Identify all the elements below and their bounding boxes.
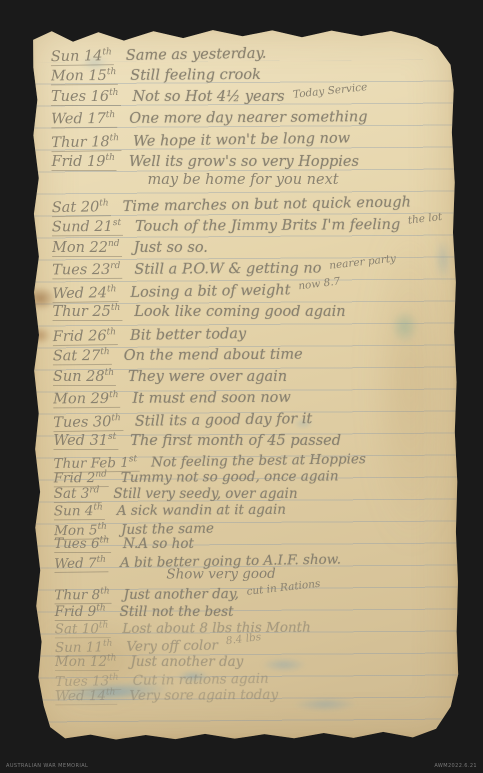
diary-entries: Sun 14thSame as yesterday.Mon 15thStill … <box>51 39 452 738</box>
entry-line: Thur 25thLook like coming good again <box>52 298 448 320</box>
entry-text: Touch of the Jimmy Brits I'm feeling <box>135 217 400 235</box>
entry-ordinal: th <box>107 67 116 77</box>
entry-margin-note: 8.4 lbs <box>225 629 262 650</box>
entry-ordinal: th <box>106 688 115 698</box>
archive-reference-number: AWM2022.6.21 <box>434 763 477 769</box>
entry-line: Wed 31stThe first month of 45 passed <box>53 427 449 449</box>
entry-date: Wed 31st <box>53 433 118 450</box>
entry-date: Mon 12th <box>55 654 119 671</box>
diary-entry: Sat 3rdStill very seedy, over again <box>54 482 450 499</box>
entry-ordinal: th <box>96 603 105 613</box>
entry-ordinal: th <box>99 620 108 630</box>
entry-ordinal: th <box>110 133 120 143</box>
entry-date: Thur 25th <box>52 304 122 321</box>
entry-ordinal: st <box>108 432 116 442</box>
entry-date: Sat 3rd <box>54 486 102 503</box>
entry-text: On the mend about time <box>124 346 303 363</box>
entry-line: Sat 3rdStill very seedy, over again <box>54 482 450 499</box>
diary-entry: Wed 14thVery sore again today <box>55 682 451 702</box>
entry-ordinal: th <box>97 521 107 531</box>
entry-line: Sun 28thThey were over again <box>53 362 449 384</box>
entry-margin-note: now 8.7 <box>297 271 341 297</box>
entry-ordinal: th <box>111 303 120 313</box>
entry-text: The first month of 45 passed <box>130 433 341 449</box>
entry-line: Thur 8thJust another day,cut in Rations <box>54 581 450 601</box>
entry-date: Tues 23rd <box>52 262 122 279</box>
entry-ordinal: nd <box>108 238 120 248</box>
entry-date: Sun 28th <box>53 368 116 385</box>
entry-text: Well its grow's so very Hoppies <box>129 153 359 169</box>
entry-ordinal: th <box>107 653 116 663</box>
entry-ordinal: th <box>105 152 114 162</box>
entry-ordinal: rd <box>110 261 120 271</box>
entry-ordinal: th <box>107 284 117 294</box>
entry-continuation: may be home for you next <box>148 169 448 190</box>
entry-ordinal: th <box>103 638 113 648</box>
diary-entry: Frid 19thWell its grow's so very Hoppies… <box>52 147 448 190</box>
entry-text: They were over again <box>128 368 287 384</box>
entry-text: Bit better today <box>130 325 246 343</box>
diary-entry: Tues 16thNot so Hot 4½ yearsToday Servic… <box>51 83 447 105</box>
entry-ordinal: th <box>102 47 112 57</box>
entry-ordinal: th <box>107 327 117 337</box>
entry-text: Still very seedy, over again <box>113 486 297 502</box>
entry-ordinal: rd <box>89 485 99 495</box>
entry-ordinal: th <box>100 347 109 357</box>
diary-entry: Sun 28thThey were over again <box>53 362 449 384</box>
entry-text: Look like coming good again <box>134 304 345 320</box>
entry-text: Very sore again today <box>129 687 278 704</box>
entry-text: Still feeling crook <box>130 67 261 84</box>
entry-margin-note: the lot <box>407 207 444 232</box>
entry-ordinal: st <box>113 218 121 228</box>
diary-entry: Wed 31stThe first month of 45 passed <box>53 427 449 449</box>
entry-date: Sat 20th <box>52 198 111 216</box>
entry-date: Mon 29th <box>53 391 121 408</box>
scanned-diary-photo: Sun 14thSame as yesterday.Mon 15thStill … <box>0 0 483 773</box>
entry-ordinal: th <box>106 110 115 120</box>
entry-date: Sun 14th <box>51 48 114 66</box>
entry-line: Frid 19thWell its grow's so very Hoppies <box>52 147 448 169</box>
entry-ordinal: th <box>100 535 109 545</box>
entry-ordinal: th <box>100 587 109 597</box>
entry-ordinal: th <box>105 367 114 377</box>
paper-stain <box>28 326 52 344</box>
entry-text: It must end soon now <box>132 390 290 407</box>
entry-text: Not feeling the best at Hoppies <box>151 450 366 469</box>
entry-ordinal: th <box>99 198 109 208</box>
entry-ordinal: th <box>109 672 119 682</box>
diary-page: Sun 14thSame as yesterday.Mon 15thStill … <box>31 26 460 742</box>
entry-text: Still a P.O.W & getting no <box>134 260 321 277</box>
diary-entry: Thur 25thLook like coming good again <box>52 298 448 320</box>
entry-ordinal: th <box>96 555 106 565</box>
archive-caption-left: AUSTRALIAN WAR MEMORIAL <box>6 763 88 769</box>
diary-entry: Frid 9thStill not the best <box>55 600 451 617</box>
entry-line: Frid 9thStill not the best <box>55 600 451 617</box>
entry-date: Mon 22nd <box>52 239 122 256</box>
entry-text: Not so Hot 4½ years <box>132 89 284 105</box>
entry-date: Frid 26th <box>53 327 119 345</box>
entry-date: Tues 16th <box>51 89 121 106</box>
entry-ordinal: th <box>109 390 118 400</box>
entry-text: Just so so. <box>134 239 208 255</box>
entry-ordinal: st <box>129 453 137 463</box>
entry-ordinal: th <box>109 88 118 98</box>
entry-text: Same as yesterday. <box>126 46 267 64</box>
diary-entry: Show very goodThur 8thJust another day,c… <box>54 565 450 601</box>
entry-date: Thur Feb 1st <box>53 454 139 472</box>
entry-date: Frid 19th <box>52 153 117 170</box>
entry-ordinal: th <box>93 503 102 513</box>
entry-line: Wed 14thVery sore again today <box>55 682 451 702</box>
entry-line: Tues 16thNot so Hot 4½ yearsToday Servic… <box>51 83 447 105</box>
entry-text: We hope it won't be long now <box>133 130 350 149</box>
entry-date: Wed 17th <box>51 111 117 128</box>
entry-date: Wed 7th <box>54 555 108 573</box>
entry-text: A bit better going to A.I.F. show. <box>120 551 341 570</box>
entry-ordinal: th <box>111 413 121 423</box>
entry-date: Wed 14th <box>55 688 117 705</box>
